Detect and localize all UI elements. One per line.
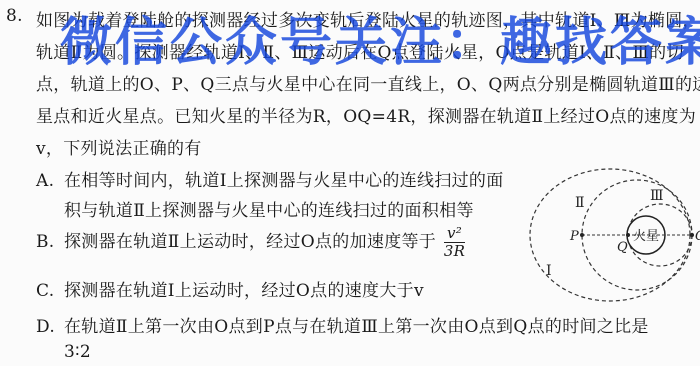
option-d-text-1: 在轨道Ⅱ上第一次由O点到P点与在轨道Ⅲ上第一次由O点到Q点的时间之比是	[64, 317, 649, 337]
label-orbit-2: Ⅱ	[575, 195, 585, 211]
fraction-numerator: v²	[444, 226, 465, 243]
planet-label: 火星	[633, 228, 659, 244]
option-a-text-1: 在相等时间内，轨道Ⅰ上探测器与火星中心的连线扫过的面	[64, 171, 504, 191]
fraction-denominator: 3R	[444, 243, 465, 259]
label-orbit-1: Ⅰ	[546, 263, 552, 279]
option-b[interactable]: B.探测器在轨道Ⅱ上运动时，经过O点的加速度等于 v² 3R	[36, 226, 465, 259]
stem-line-5: v，下列说法正确的有	[36, 134, 202, 159]
orbit-diagram: 火星 P Q O Ⅰ Ⅱ Ⅲ	[520, 155, 700, 305]
label-p: P	[569, 229, 579, 244]
option-d-label: D.	[36, 317, 64, 337]
point-p-dot	[580, 233, 584, 237]
label-orbit-3: Ⅲ	[650, 188, 664, 204]
point-q-dot	[626, 233, 630, 237]
label-q: Q	[617, 240, 628, 255]
option-c[interactable]: C.探测器在轨道Ⅰ上运动时，经过O点的速度大于v	[36, 276, 424, 301]
acceleration-fraction: v² 3R	[444, 226, 465, 259]
stem-line-4: 星点和近火星点。已知火星的半径为R，OQ=4R，探测器在轨道Ⅱ上经过O点的速度为	[36, 102, 696, 127]
option-b-text: 探测器在轨道Ⅱ上运动时，经过O点的加速度等于	[64, 232, 436, 252]
option-d[interactable]: D.在轨道Ⅱ上第一次由O点到P点与在轨道Ⅲ上第一次由O点到Q点的时间之比是	[36, 312, 649, 337]
option-a-label: A.	[36, 171, 64, 191]
option-c-text: 探测器在轨道Ⅰ上运动时，经过O点的速度大于v	[64, 281, 424, 301]
point-o-dot	[690, 233, 694, 237]
option-a-continued: 积与轨道Ⅱ上探测器与火星中心的连线扫过的面积相等	[64, 196, 474, 221]
label-o: O	[695, 229, 700, 244]
option-b-label: B.	[36, 232, 64, 252]
question-number: 8.	[6, 6, 23, 26]
option-c-label: C.	[36, 281, 64, 301]
watermark: 微信公众号关注：趣找答案	[60, 0, 700, 75]
option-a[interactable]: A.在相等时间内，轨道Ⅰ上探测器与火星中心的连线扫过的面	[36, 166, 504, 191]
option-d-continued: 3∶2	[64, 342, 91, 362]
